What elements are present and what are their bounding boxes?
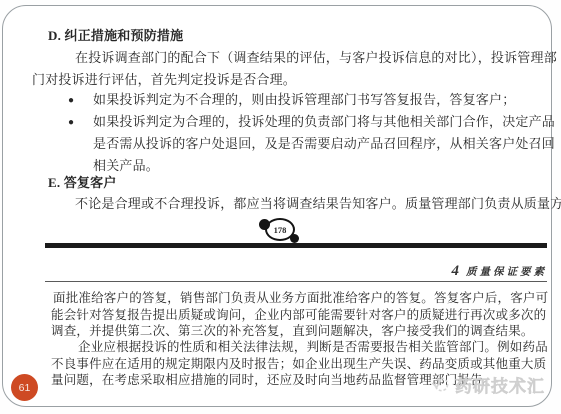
watermark-text: 药研技术汇 — [455, 372, 545, 397]
chapter-title: 质量保证要素 — [466, 267, 547, 278]
book-page-number: 178 — [274, 225, 287, 235]
page2-paragraph-line: 调查，并提供第二次、第三次的补充答复，直到问题解决，客户接受我们的调查结果。 — [51, 324, 534, 338]
running-header: 4质量保证要素 — [452, 262, 548, 280]
slide-number: 61 — [19, 382, 31, 394]
section-d-bullet-line: 是否需从投诉的客户处退回，及是否需要启动产品召回程序，从相关客户处召回 — [93, 137, 555, 151]
section-d-paragraph-line: 门对投诉进行评估，首先判定投诉是否合理。 — [32, 73, 296, 87]
page-marker-ornament: 178 — [265, 218, 295, 241]
watermark-logo-icon — [431, 375, 450, 394]
section-d-paragraph-line: 在投诉调查部门的配合下（调查结果的评估，与客户投诉信息的对比），投诉管理部 — [75, 51, 557, 65]
section-d-bullet-line: 如果投诉判定为合理的，投诉处理的负责部门将与其他相关部门合作，决定产品 — [93, 115, 555, 129]
slide-screenshot: D. 纠正措施和预防措施 在投诉调查部门的配合下（调查结果的评估，与客户投诉信息… — [0, 0, 561, 414]
page2-paragraph-line: 不良事件应在适用的规定期限内及时报告；如企业出现生产失误、药品变质或其他重大质 — [51, 357, 546, 371]
section-d-bullet-line: 相关产品。 — [93, 159, 159, 173]
page2-paragraph-line: 量问题，在考虑采取相应措施的同时，还应及时向当地药品监督管理部门报告。 — [51, 373, 496, 387]
page2-paragraph-line: 面批准给客户的答复，销售部门负责从业务方面批准给客户的答复。答复客户后，客户可 — [53, 291, 548, 305]
watermark: 药研技术汇 — [431, 373, 545, 395]
section-e-heading: E. 答复客户 — [48, 176, 117, 190]
page2-paragraph-line: 企业应根据投诉的性质和相关法律法规，判断是否需要报告相关监管部门。例如药品 — [78, 340, 548, 354]
slide-number-badge: 61 — [11, 374, 38, 401]
section-d-bullet-line: 如果投诉判定为不合理的，则由投诉管理部门书写答复报告，答复客户； — [93, 93, 515, 107]
running-header-rule — [45, 281, 547, 282]
page-edge-divider — [45, 243, 547, 248]
page2-paragraph-line: 能会针对答复报告提出质疑或询问，企业内部可能需要针对客户的质疑进行再次或多次的 — [51, 308, 546, 322]
section-d-heading: D. 纠正措施和预防措施 — [48, 29, 183, 43]
chapter-number: 4 — [452, 263, 460, 279]
bullet-icon: ● — [68, 117, 74, 128]
bullet-icon: ● — [68, 95, 74, 106]
section-e-paragraph-line: 不论是合理或不合理投诉，都应当将调查结果告知客户。质量管理部门负责从质量方 — [75, 197, 561, 211]
